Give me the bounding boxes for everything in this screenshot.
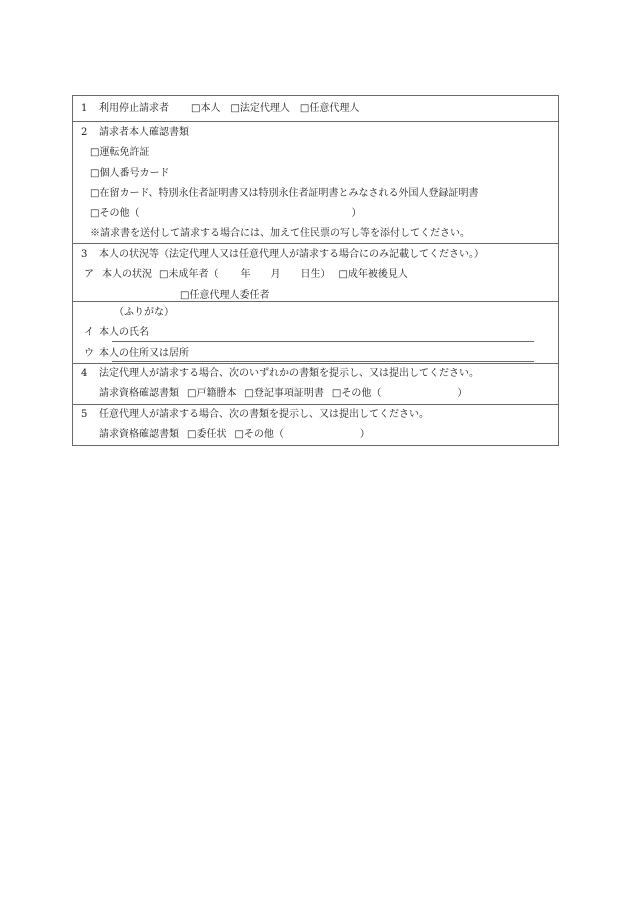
section-number: 5 bbox=[81, 405, 99, 425]
checkbox-drivers-license[interactable]: □運転免許証 bbox=[90, 147, 149, 158]
section-number: 3 bbox=[81, 245, 99, 265]
close-paren: ） bbox=[360, 429, 370, 440]
item-label: ウ bbox=[84, 344, 99, 364]
checkbox-residence-card[interactable]: □在留カード、特別永住者証明書又は特別永住者証明書とみなされる外国人登録証明書 bbox=[90, 188, 479, 199]
name-underline bbox=[112, 341, 534, 342]
section-legal-agent-docs: 4法定代理人が請求する場合、次のいずれかの書類を提示し、又は提出してください。 … bbox=[73, 364, 558, 405]
year-label: 年 bbox=[240, 269, 250, 280]
checkbox-adult-ward[interactable]: □成年被後見人 bbox=[338, 269, 407, 280]
status-label: 本人の状況 bbox=[102, 269, 152, 280]
checkbox-other[interactable]: □その他（ bbox=[234, 429, 283, 440]
name-label: 本人の氏名 bbox=[99, 327, 149, 338]
section-number: 4 bbox=[81, 364, 99, 384]
section-title: 任意代理人が請求する場合、次の書類を提示し、又は提出してください。 bbox=[99, 409, 429, 420]
checkbox-family-register[interactable]: □戸籍謄本 bbox=[187, 388, 236, 399]
day-label: 日生） bbox=[300, 269, 330, 280]
doc-label: 請求資格確認書類 bbox=[99, 388, 179, 399]
furigana-label: （ふりがな） bbox=[114, 307, 174, 318]
section-title: 利用停止請求者 bbox=[99, 103, 169, 114]
checkbox-other[interactable]: □その他（ bbox=[90, 208, 139, 219]
section-title: 本人の状況等（法定代理人又は任意代理人が請求する場合にのみ記載してください。） bbox=[99, 249, 484, 260]
close-paren: ） bbox=[351, 208, 361, 219]
address-underline bbox=[112, 361, 534, 362]
section-number: 2 bbox=[81, 123, 99, 143]
section-person-status: 3本人の状況等（法定代理人又は任意代理人が請求する場合にのみ記載してください。）… bbox=[73, 244, 558, 302]
section-number: 1 bbox=[81, 96, 99, 121]
address-label: 本人の住所又は居所 bbox=[99, 348, 189, 359]
checkbox-voluntary-principal[interactable]: □任意代理人委任者 bbox=[180, 290, 269, 301]
section-id-documents: 2請求者本人確認書類 □運転免許証 □個人番号カード □在留カード、特別永住者証… bbox=[73, 122, 558, 244]
item-label: ア bbox=[84, 265, 102, 285]
checkbox-self[interactable]: □本人 bbox=[191, 103, 220, 114]
checkbox-voluntary-agent[interactable]: □任意代理人 bbox=[300, 103, 359, 114]
section-title: 法定代理人が請求する場合、次のいずれかの書類を提示し、又は提出してください。 bbox=[99, 368, 479, 379]
checkbox-other[interactable]: □その他（ bbox=[332, 388, 381, 399]
checkbox-registry-certificate[interactable]: □登記事項証明書 bbox=[244, 388, 323, 399]
section-requester: 1利用停止請求者□本人□法定代理人□任意代理人 bbox=[73, 96, 558, 122]
name-field[interactable]: イ本人の氏名 bbox=[81, 323, 558, 343]
month-label: 月 bbox=[270, 269, 280, 280]
item-label: イ bbox=[84, 323, 99, 343]
section-voluntary-agent-docs: 5任意代理人が請求する場合、次の書類を提示し、又は提出してください。 請求資格確… bbox=[73, 405, 558, 445]
close-paren: ） bbox=[457, 388, 467, 399]
doc-label: 請求資格確認書類 bbox=[99, 429, 179, 440]
request-form-table: 1利用停止請求者□本人□法定代理人□任意代理人 2請求者本人確認書類 □運転免許… bbox=[72, 95, 559, 446]
mail-note: ※請求書を送付して請求する場合には、加えて住民票の写し等を添付してください。 bbox=[90, 228, 470, 239]
section-title: 請求者本人確認書類 bbox=[99, 127, 189, 138]
checkbox-minor[interactable]: □未成年者（ bbox=[159, 269, 218, 280]
checkbox-my-number-card[interactable]: □個人番号カード bbox=[90, 168, 169, 179]
section-person-identity: （ふりがな） イ本人の氏名 ウ本人の住所又は居所 bbox=[73, 302, 558, 364]
checkbox-legal-agent[interactable]: □法定代理人 bbox=[230, 103, 289, 114]
address-field[interactable]: ウ本人の住所又は居所 bbox=[81, 344, 558, 364]
checkbox-power-of-attorney[interactable]: □委任状 bbox=[187, 429, 226, 440]
